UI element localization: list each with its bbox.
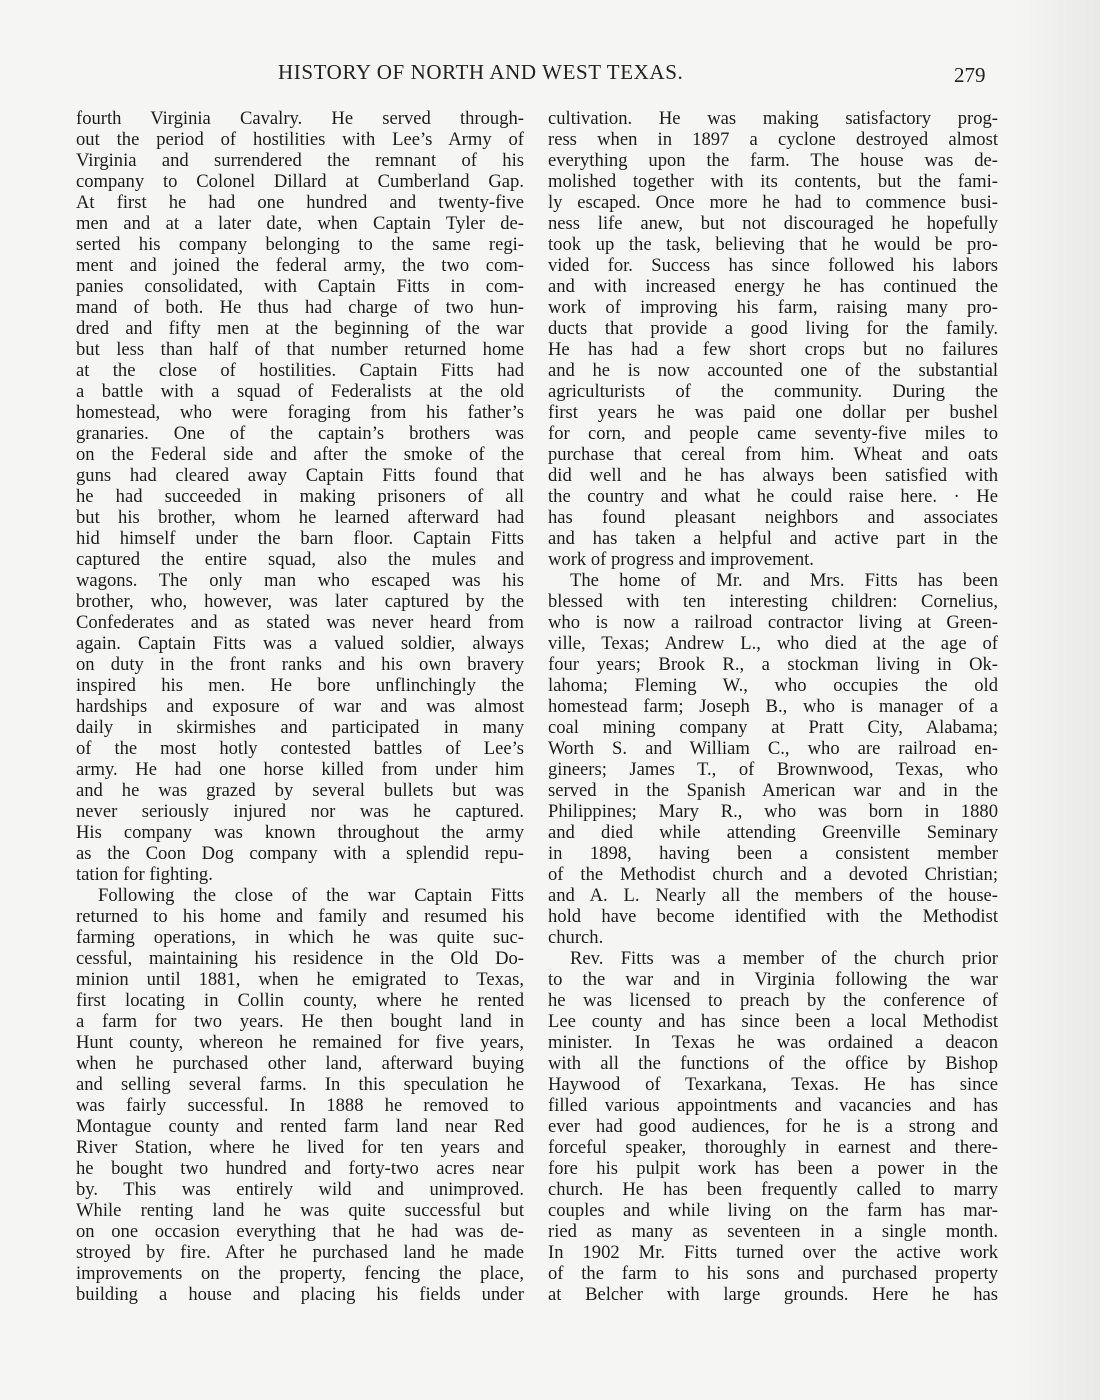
text-line: four years; Brook R., a stockman living … — [548, 654, 998, 675]
text-line: on duty in the front ranks and his own b… — [76, 654, 524, 675]
text-line: he was licensed to preach by the confere… — [548, 990, 998, 1011]
text-line: and he was grazed by several bullets but… — [76, 780, 524, 801]
text-line: for corn, and people came seventy-five m… — [548, 423, 998, 444]
text-line: mand of both. He thus had charge of two … — [76, 297, 524, 318]
text-line: and with increased energy he has continu… — [548, 276, 998, 297]
text-line: brother, who, however, was later capture… — [76, 591, 524, 612]
text-line: ment and joined the federal army, the tw… — [76, 255, 524, 276]
text-line: a battle with a squad of Federalists at … — [76, 381, 524, 402]
text-line: cessful, maintaining his residence in th… — [76, 948, 524, 969]
text-line: when he purchased other land, afterward … — [76, 1053, 524, 1074]
running-title: HISTORY OF NORTH AND WEST TEXAS. — [278, 60, 683, 85]
text-line: filled various appointments and vacancie… — [548, 1095, 998, 1116]
text-line: as the Coon Dog company with a splendid … — [76, 843, 524, 864]
text-line: did well and he has always been satisfie… — [548, 465, 998, 486]
text-line: lahoma; Fleming W., who occupies the old — [548, 675, 998, 696]
text-line: hold have become identified with the Met… — [548, 906, 998, 927]
text-line: ness life anew, but not discouraged he h… — [548, 213, 998, 234]
text-line: inspired his men. He bore unflinchingly … — [76, 675, 524, 696]
text-line: improvements on the property, fencing th… — [76, 1263, 524, 1284]
text-line: has found pleasant neighbors and associa… — [548, 507, 998, 528]
text-line: minion until 1881, when he emigrated to … — [76, 969, 524, 990]
text-line: agriculturists of the community. During … — [548, 381, 998, 402]
text-line: on the Federal side and after the smoke … — [76, 444, 524, 465]
text-line: coal mining company at Pratt City, Alaba… — [548, 717, 998, 738]
text-line: stroyed by fire. After he purchased land… — [76, 1242, 524, 1263]
text-line: church. — [548, 927, 998, 948]
text-line: and selling several farms. In this specu… — [76, 1074, 524, 1095]
text-line: He has had a few short crops but no fail… — [548, 339, 998, 360]
text-line: took up the task, believing that he woul… — [548, 234, 998, 255]
text-line: wagons. The only man who escaped was his — [76, 570, 524, 591]
text-line: minister. In Texas he was ordained a dea… — [548, 1032, 998, 1053]
text-line: Following the close of the war Captain F… — [76, 885, 524, 906]
text-line: first years he was paid one dollar per b… — [548, 402, 998, 423]
text-line: again. Captain Fitts was a valued soldie… — [76, 633, 524, 654]
text-line: homestead farm; Joseph B., who is manage… — [548, 696, 998, 717]
text-line: in 1898, having been a consistent member — [548, 843, 998, 864]
text-line: ville, Texas; Andrew L., who died at the… — [548, 633, 998, 654]
text-line: and died while attending Greenville Semi… — [548, 822, 998, 843]
text-line: by. This was entirely wild and unimprove… — [76, 1179, 524, 1200]
text-line: serted his company belonging to the same… — [76, 234, 524, 255]
text-line: served in the Spanish American war and i… — [548, 780, 998, 801]
text-line: at Belcher with large grounds. Here he h… — [548, 1284, 998, 1305]
text-line: Philippines; Mary R., who was born in 18… — [548, 801, 998, 822]
text-line: vided for. Success has since followed hi… — [548, 255, 998, 276]
text-line: daily in skirmishes and participated in … — [76, 717, 524, 738]
text-line: hardships and exposure of war and was al… — [76, 696, 524, 717]
text-line: In 1902 Mr. Fitts turned over the active… — [548, 1242, 998, 1263]
text-line: but his brother, whom he learned afterwa… — [76, 507, 524, 528]
text-line: who is now a railroad contractor living … — [548, 612, 998, 633]
text-line: fourth Virginia Cavalry. He served throu… — [76, 108, 524, 129]
text-line: church. He has been frequently called to… — [548, 1179, 998, 1200]
text-line: Lee county and has since been a local Me… — [548, 1011, 998, 1032]
text-line: men and at a later date, when Captain Ty… — [76, 213, 524, 234]
text-line: Confederates and as stated was never hea… — [76, 612, 524, 633]
text-line: army. He had one horse killed from under… — [76, 759, 524, 780]
text-line: Virginia and surrendered the remnant of … — [76, 150, 524, 171]
text-line: His company was known throughout the arm… — [76, 822, 524, 843]
text-line: guns had cleared away Captain Fitts foun… — [76, 465, 524, 486]
text-line: ried as many as seventeen in a single mo… — [548, 1221, 998, 1242]
text-line: purchase that cereal from him. Wheat and… — [548, 444, 998, 465]
text-line: cultivation. He was making satisfactory … — [548, 108, 998, 129]
text-line: and has taken a helpful and active part … — [548, 528, 998, 549]
text-line: ever had good audiences, for he is a str… — [548, 1116, 998, 1137]
text-line: first locating in Collin county, where h… — [76, 990, 524, 1011]
text-line: While renting land he was quite successf… — [76, 1200, 524, 1221]
text-line: the country and what he could raise here… — [548, 486, 998, 507]
text-line: Rev. Fitts was a member of the church pr… — [548, 948, 998, 969]
text-line: River Station, where he lived for ten ye… — [76, 1137, 524, 1158]
text-line: Worth S. and William C., who are railroa… — [548, 738, 998, 759]
text-line: and A. L. Nearly all the members of the … — [548, 885, 998, 906]
text-line: tation for fighting. — [76, 864, 524, 885]
text-line: on one occasion everything that he had w… — [76, 1221, 524, 1242]
text-line: a farm for two years. He then bought lan… — [76, 1011, 524, 1032]
text-line: and he is now accounted one of the subst… — [548, 360, 998, 381]
text-line: The home of Mr. and Mrs. Fitts has been — [548, 570, 998, 591]
text-line: company to Colonel Dillard at Cumberland… — [76, 171, 524, 192]
running-head: HISTORY OF NORTH AND WEST TEXAS. 279 — [0, 60, 1100, 90]
text-line: at the close of hostilities. Captain Fit… — [76, 360, 524, 381]
text-line: molished together with its contents, but… — [548, 171, 998, 192]
text-line: ress when in 1897 a cyclone destroyed al… — [548, 129, 998, 150]
text-line: Montague county and rented farm land nea… — [76, 1116, 524, 1137]
text-line: returned to his home and family and resu… — [76, 906, 524, 927]
text-line: Hunt county, whereon he remained for fiv… — [76, 1032, 524, 1053]
text-line: Haywood of Texarkana, Texas. He has sinc… — [548, 1074, 998, 1095]
text-line: building a house and placing his fields … — [76, 1284, 524, 1305]
book-page: HISTORY OF NORTH AND WEST TEXAS. 279 fou… — [0, 0, 1100, 1400]
text-line: farming operations, in which he was quit… — [76, 927, 524, 948]
text-line: but less than half of that number return… — [76, 339, 524, 360]
text-line: couples and while living on the farm has… — [548, 1200, 998, 1221]
text-line: was fairly successful. In 1888 he remove… — [76, 1095, 524, 1116]
text-line: ducts that provide a good living for the… — [548, 318, 998, 339]
text-line: out the period of hostilities with Lee’s… — [76, 129, 524, 150]
text-line: dred and fifty men at the beginning of t… — [76, 318, 524, 339]
text-line: never seriously injured nor was he captu… — [76, 801, 524, 822]
text-line: granaries. One of the captain’s brothers… — [76, 423, 524, 444]
text-line: with all the functions of the office by … — [548, 1053, 998, 1074]
text-line: forceful speaker, thoroughly in earnest … — [548, 1137, 998, 1158]
text-line: to the war and in Virginia following the… — [548, 969, 998, 990]
text-line: blessed with ten interesting children: C… — [548, 591, 998, 612]
text-line: ly escaped. Once more he had to commence… — [548, 192, 998, 213]
text-line: gineers; James T., of Brownwood, Texas, … — [548, 759, 998, 780]
text-line: everything upon the farm. The house was … — [548, 150, 998, 171]
text-line: of the Methodist church and a devoted Ch… — [548, 864, 998, 885]
text-line: hid himself under the barn floor. Captai… — [76, 528, 524, 549]
text-line: work of improving his farm, raising many… — [548, 297, 998, 318]
text-line: fore his pulpit work has been a power in… — [548, 1158, 998, 1179]
text-line: panies consolidated, with Captain Fitts … — [76, 276, 524, 297]
text-line: captured the entire squad, also the mule… — [76, 549, 524, 570]
text-line: he bought two hundred and forty-two acre… — [76, 1158, 524, 1179]
text-line: he had succeeded in making prisoners of … — [76, 486, 524, 507]
text-line: of the most hotly contested battles of L… — [76, 738, 524, 759]
text-line: of the farm to his sons and purchased pr… — [548, 1263, 998, 1284]
text-line: At first he had one hundred and twenty-f… — [76, 192, 524, 213]
page-number: 279 — [954, 63, 986, 88]
text-line: homestead, who were foraging from his fa… — [76, 402, 524, 423]
text-line: work of progress and improvement. — [548, 549, 998, 570]
